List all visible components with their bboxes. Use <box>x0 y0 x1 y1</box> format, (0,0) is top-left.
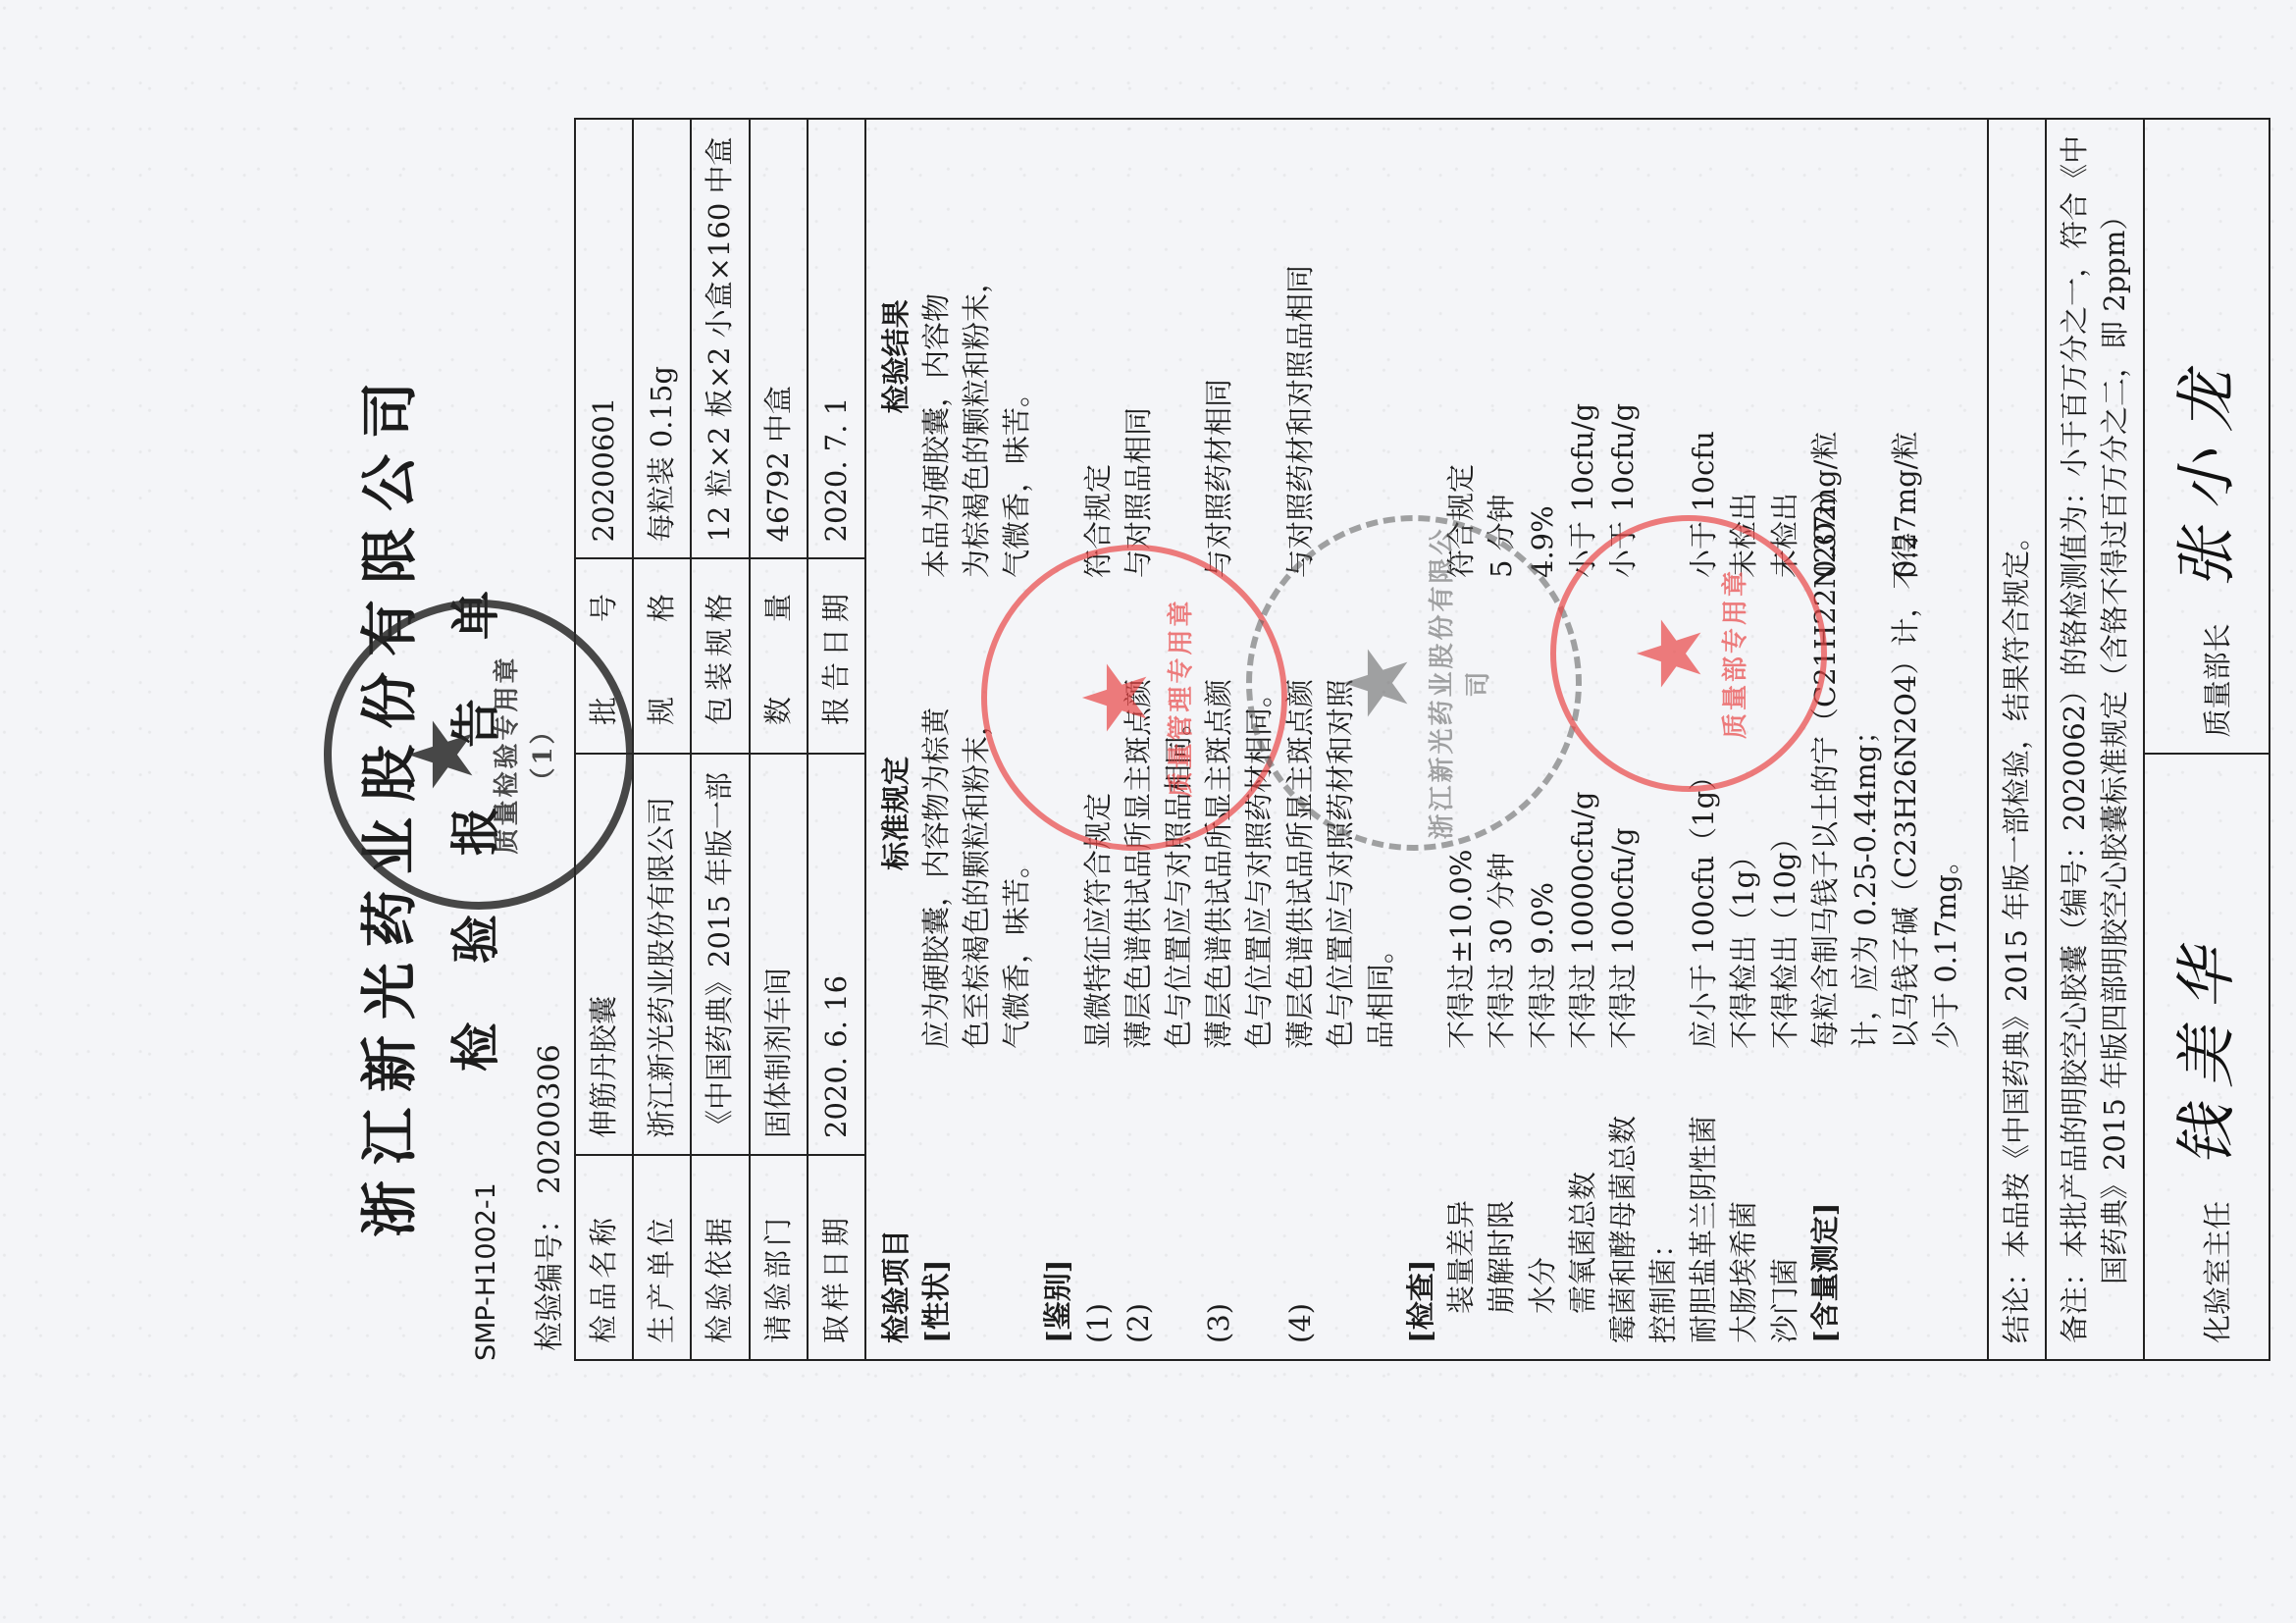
inspection-item: 沙门菌 <box>1765 1049 1805 1343</box>
standard-text: 不得过 30 分钟 <box>1482 578 1522 1049</box>
inspection-item: 霉菌和酵母菌总数 <box>1603 1049 1644 1343</box>
standard-text: 不得过 9.0% <box>1523 578 1563 1049</box>
inspection-item <box>1239 1049 1279 1343</box>
report-table: 检品名称 伸筋丹胶囊 批 号 20200601 生产单位 浙江新光药业股份有限公… <box>574 118 2270 1361</box>
results-body: 检验项目 [性状][鉴别](1)(2)(3)(4)[检查]装量差异崩解时限水分需… <box>865 119 1988 1360</box>
result-text <box>1401 135 1441 578</box>
result-text <box>1159 135 1199 578</box>
inspection-item <box>1926 1049 1966 1343</box>
standard-text: 计，应为 0.25-0.44mg； <box>1846 578 1886 1049</box>
quantity-label: 数 量 <box>750 558 808 754</box>
remark-line-1: 本批产品的明胶空心胶囊（编号：2020062）的铬检测值为：小于百万分之一，符合… <box>2058 135 2091 1258</box>
spec-value: 每粒装 0.15g <box>633 119 691 559</box>
inspection-report-sheet: 浙江新光药业股份有限公司 检验报告单 SMP-H1002-1 检验编号：2020… <box>304 223 1992 1400</box>
result-text: 未检出 <box>1765 135 1805 578</box>
standard-text: 少于 0.17mg。 <box>1926 578 1966 1049</box>
result-list: 本品为硬胶囊，内容物为棕褐色的颗粒和粉末，气微香，味苦。符合规定与对照品相同与对… <box>916 135 1966 578</box>
result-text <box>1846 135 1886 578</box>
result-text: 气微香，味苦。 <box>997 135 1037 578</box>
product-value: 伸筋丹胶囊 <box>575 754 633 1155</box>
qa-head-label: 质量部长 <box>2201 623 2234 737</box>
info-row-product: 检品名称 伸筋丹胶囊 批 号 20200601 <box>575 119 633 1360</box>
standard-text: 不得过 100cfu/g <box>1603 578 1644 1049</box>
items-list: [性状][鉴别](1)(2)(3)(4)[检查]装量差异崩解时限水分需氧菌总数霉… <box>916 1049 1966 1343</box>
sampling-date-value: 2020. 6. 16 <box>808 754 865 1155</box>
dept-value: 固体制剂车间 <box>750 754 808 1155</box>
standard-text <box>1644 578 1684 1049</box>
inspection-item: (2) <box>1119 1049 1159 1343</box>
result-text <box>1644 135 1684 578</box>
qc-stamp-number: （1） <box>523 715 559 793</box>
product-label: 检品名称 <box>575 1155 633 1360</box>
inspection-item: 控制菌： <box>1644 1049 1684 1343</box>
inspection-item <box>1321 1049 1361 1343</box>
report-number-label: 检验编号： <box>533 1204 567 1351</box>
standard-text: 应小于 100cfu（1g） <box>1684 578 1724 1049</box>
standard-text: 不得过 10000cfu/g <box>1563 578 1603 1049</box>
report-date-label: 报告日期 <box>808 558 865 754</box>
company-name: 浙江新光药业股份有限公司 <box>343 360 426 1243</box>
standard-text: 以马钱子碱（C23H26N2O4）计，不得 <box>1886 578 1926 1049</box>
package-label: 包装规格 <box>691 558 749 754</box>
qa-head-cell: 质量部长 张小龙 <box>2144 119 2270 755</box>
standard-text: 薄层色谱供试品所显主斑点颜 <box>1119 578 1159 1049</box>
items-header: 检验项目 <box>876 1049 916 1343</box>
result-text <box>1361 135 1401 578</box>
inspection-item <box>1846 1049 1886 1343</box>
spec-label: 规 格 <box>633 558 691 754</box>
conclusion-cell: 结论：本品按《中国药典》2015 年版一部检验，结果符合规定。 <box>1988 119 2046 1360</box>
result-text <box>1321 135 1361 578</box>
manufacturer-label: 生产单位 <box>633 1155 691 1360</box>
result-text: 与对照药材相同 <box>1199 135 1239 578</box>
result-text: 小于 10cfu/g <box>1563 135 1603 578</box>
form-code: SMP-H1002-1 <box>471 1182 501 1361</box>
standard-text <box>1038 578 1078 1049</box>
conclusion-row: 结论：本品按《中国药典》2015 年版一部检验，结果符合规定。 <box>1988 119 2046 1360</box>
remark-line-2: 国药典》2015 年版四部明胶空心胶囊标准规定（含铬不得过百万分之二，即 2pp… <box>2095 135 2135 1343</box>
result-text: 符合规定 <box>1441 135 1482 578</box>
report-number-value: 20200306 <box>533 1044 567 1194</box>
result-text: 本品为硬胶囊，内容物 <box>916 135 957 578</box>
remark-label: 备注： <box>2058 1258 2091 1343</box>
inspection-item: 耐胆盐革兰阴性菌 <box>1684 1049 1724 1343</box>
standard-text: 薄层色谱供试品所显主斑点颜 <box>1199 578 1239 1049</box>
standard-header: 标准规定 <box>876 578 916 1049</box>
result-text: 与对照品相同 <box>1119 135 1159 578</box>
basis-label: 检验依据 <box>691 1155 749 1360</box>
result-text: 0.27mg/粒 <box>1886 135 1926 578</box>
result-text: 5 分钟 <box>1482 135 1522 578</box>
remark-cell: 备注：本批产品的明胶空心胶囊（编号：2020062）的铬检测值为：小于百万分之一… <box>2046 119 2144 1360</box>
inspection-item <box>1159 1049 1199 1343</box>
signature-row: 化验室主任 钱美华 质量部长 张小龙 <box>2144 119 2270 1360</box>
standard-text: 不得检出（1g） <box>1724 578 1764 1049</box>
inspection-item <box>997 1049 1037 1343</box>
standard-text: 薄层色谱供试品所显主斑点颜 <box>1280 578 1321 1049</box>
result-text: 未检出 <box>1724 135 1764 578</box>
standard-text: 不得检出（10g） <box>1765 578 1805 1049</box>
standard-text <box>1401 578 1441 1049</box>
inspection-item: 装量差异 <box>1441 1049 1482 1343</box>
info-row-basis: 检验依据 《中国药典》2015 年版一部 包装规格 12 粒×2 板×2 小盒×… <box>691 119 749 1360</box>
standard-text: 不得过±10.0% <box>1441 578 1482 1049</box>
result-text: 为棕褐色的颗粒和粉末， <box>957 135 997 578</box>
inspection-item: 崩解时限 <box>1482 1049 1522 1343</box>
info-row-manufacturer: 生产单位 浙江新光药业股份有限公司 规 格 每粒装 0.15g <box>633 119 691 1360</box>
result-text: 与对照药材和对照品相同 <box>1280 135 1321 578</box>
conclusion-text: 本品按《中国药典》2015 年版一部检验，结果符合规定。 <box>2000 522 2033 1258</box>
standard-text: 色至棕褐色的颗粒和粉末， <box>957 578 997 1049</box>
dept-label: 请验部门 <box>750 1155 808 1360</box>
package-value: 12 粒×2 板×2 小盒×160 中盒 <box>691 119 749 559</box>
manufacturer-value: 浙江新光药业股份有限公司 <box>633 754 691 1155</box>
standard-list: 应为硬胶囊，内容物为棕黄色至棕褐色的颗粒和粉末，气微香，味苦。显微特征应符合规定… <box>916 578 1966 1049</box>
standard-text: 应为硬胶囊，内容物为棕黄 <box>916 578 957 1049</box>
standard-text: 品相同。 <box>1361 578 1401 1049</box>
result-text: 符合规定 <box>1078 135 1119 578</box>
lab-director-cell: 化验室主任 钱美华 <box>2144 754 2270 1360</box>
inspection-item: [检查] <box>1401 1049 1441 1343</box>
info-row-dates: 取样日期 2020. 6. 16 报告日期 2020. 7. 1 <box>808 119 865 1360</box>
batch-value: 20200601 <box>575 119 633 559</box>
result-text <box>1038 135 1078 578</box>
conclusion-label: 结论： <box>2000 1258 2033 1343</box>
inspection-item: [鉴别] <box>1038 1049 1078 1343</box>
standard-text: 气微香，味苦。 <box>997 578 1037 1049</box>
inspection-item <box>1361 1049 1401 1343</box>
standard-column: 标准规定 应为硬胶囊，内容物为棕黄色至棕褐色的颗粒和粉末，气微香，味苦。显微特征… <box>876 578 1967 1049</box>
result-text <box>1239 135 1279 578</box>
result-header: 检验结果 <box>876 135 916 578</box>
inspection-item: (1) <box>1078 1049 1119 1343</box>
info-row-dept: 请验部门 固体制剂车间 数 量 46792 中盒 <box>750 119 808 1360</box>
document-title: 检验报告单 <box>437 360 507 1243</box>
report-number: 检验编号：20200306 <box>525 1034 568 1351</box>
batch-label: 批 号 <box>575 558 633 754</box>
inspection-item: [含量测定] <box>1805 1049 1846 1343</box>
inspection-item <box>1886 1049 1926 1343</box>
lab-director-label: 化验室主任 <box>2201 1201 2234 1343</box>
inspection-item: [性状] <box>916 1049 957 1343</box>
remark-row: 备注：本批产品的明胶空心胶囊（编号：2020062）的铬检测值为：小于百万分之一… <box>2046 119 2144 1360</box>
report-date-value: 2020. 7. 1 <box>808 119 865 559</box>
items-column: 检验项目 [性状][鉴别](1)(2)(3)(4)[检查]装量差异崩解时限水分需… <box>876 1049 1967 1343</box>
inspection-item <box>957 1049 997 1343</box>
result-column: 检验结果 本品为硬胶囊，内容物为棕褐色的颗粒和粉末，气微香，味苦。符合规定与对照… <box>876 135 1967 578</box>
result-text: 小于 10cfu <box>1684 135 1724 578</box>
qa-head-signature: 张小龙 <box>2170 353 2242 589</box>
standard-text: 显微特征应符合规定 <box>1078 578 1119 1049</box>
basis-value: 《中国药典》2015 年版一部 <box>691 754 749 1155</box>
inspection-item: 水分 <box>1523 1049 1563 1343</box>
inspection-item: 大肠埃希菌 <box>1724 1049 1764 1343</box>
inspection-item: (4) <box>1280 1049 1321 1343</box>
quantity-value: 46792 中盒 <box>750 119 808 559</box>
standard-text: 色与位置应与对照品相同。 <box>1159 578 1199 1049</box>
sampling-date-label: 取样日期 <box>808 1155 865 1360</box>
result-text <box>1926 135 1966 578</box>
inspection-item: (3) <box>1199 1049 1239 1343</box>
lab-director-signature: 钱美华 <box>2170 931 2242 1167</box>
standard-text: 色与位置应与对照药材和对照 <box>1321 578 1361 1049</box>
inspection-item: 需氧菌总数 <box>1563 1049 1603 1343</box>
standard-text: 每粒含制马钱子以士的宁（C21H22N2O2） <box>1805 578 1846 1049</box>
standard-text: 色与位置应与对照药材相同。 <box>1239 578 1279 1049</box>
result-text: 0.37mg/粒 <box>1805 135 1846 578</box>
result-text: 小于 10cfu/g <box>1603 135 1644 578</box>
result-text: 4.9% <box>1523 135 1563 578</box>
